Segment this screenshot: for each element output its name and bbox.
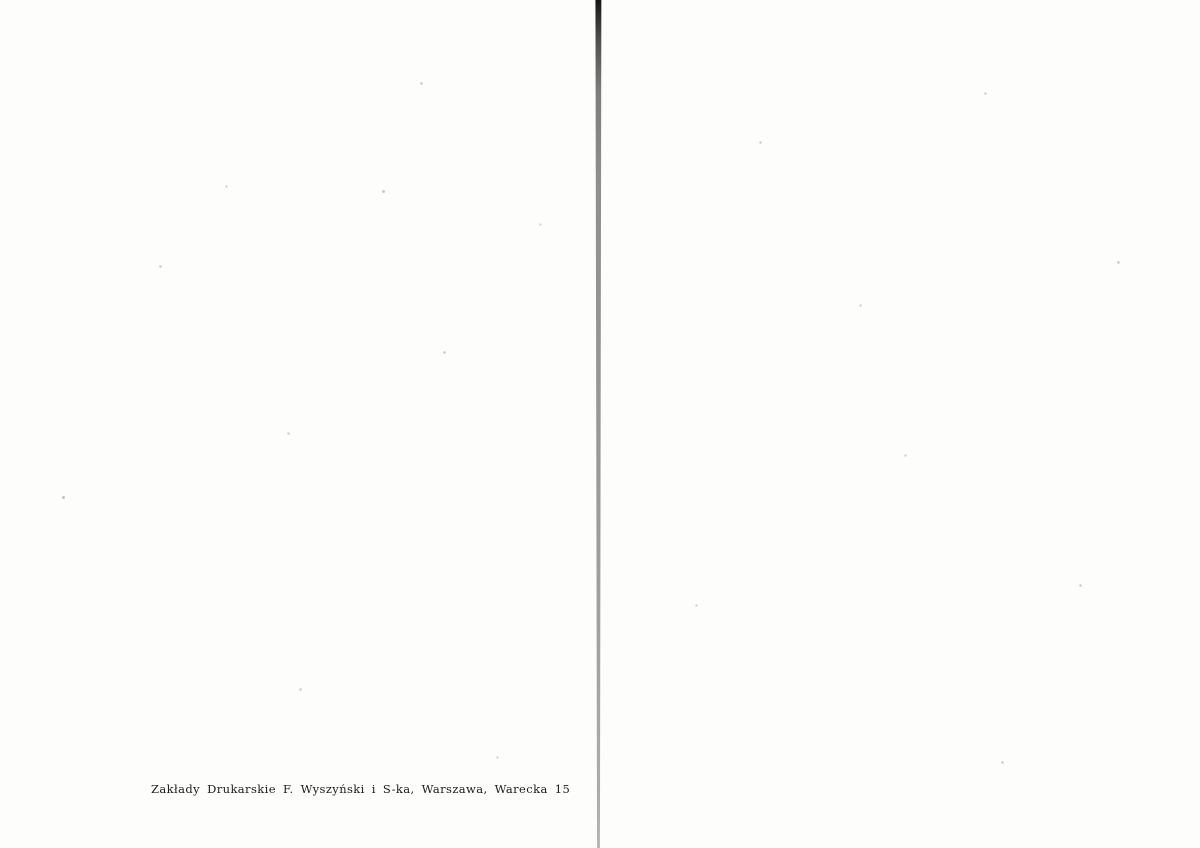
book-scan: Zakłady Drukarskie F. Wyszyński i S-ka, …	[0, 0, 1200, 848]
gutter-shadow	[594, 0, 602, 848]
scan-noise	[0, 0, 1, 1]
printer-imprint: Zakłady Drukarskie F. Wyszyński i S-ka, …	[151, 782, 570, 796]
right-page: NA DNIE SKRZYPIEC I Wartość Czas — czas …	[602, 0, 1200, 848]
left-page: Zakłady Drukarskie F. Wyszyński i S-ka, …	[0, 0, 595, 848]
